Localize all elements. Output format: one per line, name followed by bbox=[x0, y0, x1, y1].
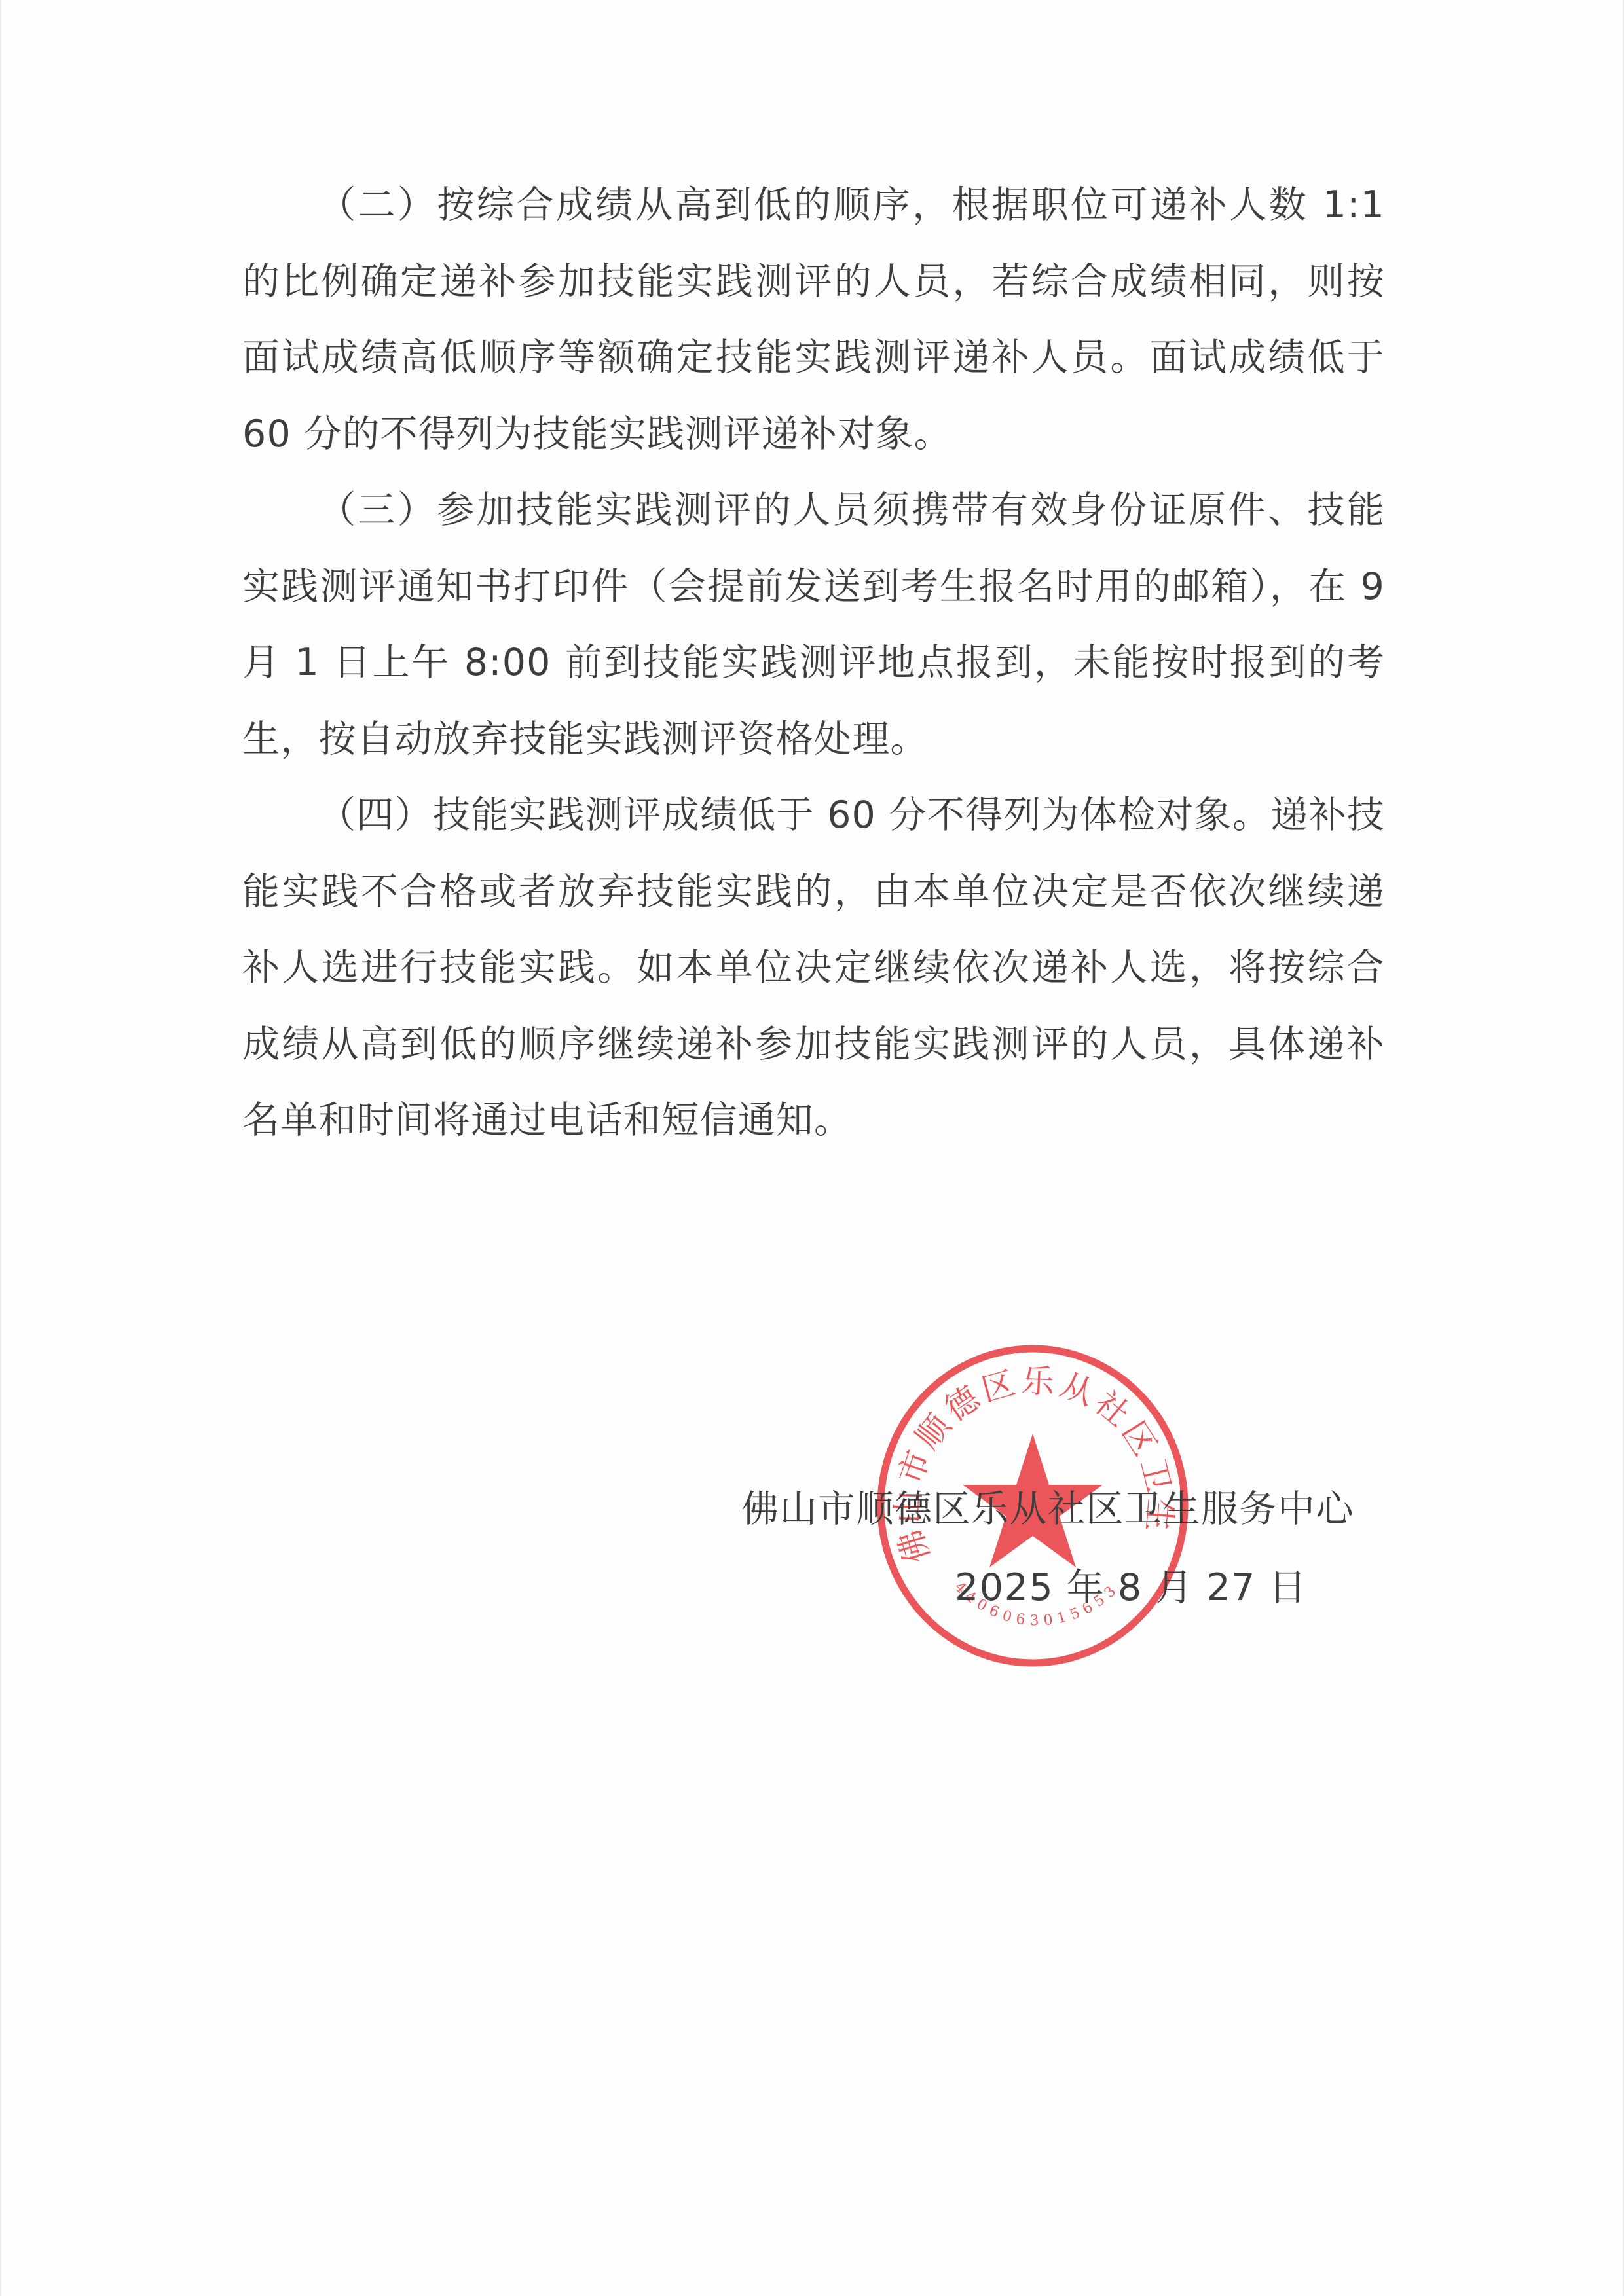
document-body: （二）按综合成绩从高到低的顺序，根据职位可递补人数 1:1 的比例确定递补参加技… bbox=[242, 167, 1385, 1159]
signature-block: 佛山市顺德区乐从社区卫生服务中心 2025 年 8 月 27 日 bbox=[741, 1470, 1354, 1627]
paragraph-item-4: （四）技能实践测评成绩低于 60 分不得列为体检对象。递补技能实践不合格或者放弃… bbox=[242, 777, 1385, 1159]
issue-date: 2025 年 8 月 27 日 bbox=[741, 1548, 1354, 1627]
issuing-organization: 佛山市顺德区乐从社区卫生服务中心 bbox=[741, 1470, 1354, 1548]
paragraph-item-3: （三）参加技能实践测评的人员须携带有效身份证原件、技能实践测评通知书打印件（会提… bbox=[242, 472, 1385, 777]
paragraph-item-2: （二）按综合成绩从高到低的顺序，根据职位可递补人数 1:1 的比例确定递补参加技… bbox=[242, 167, 1385, 472]
document-page: （二）按综合成绩从高到低的顺序，根据职位可递补人数 1:1 的比例确定递补参加技… bbox=[0, 0, 1624, 2296]
